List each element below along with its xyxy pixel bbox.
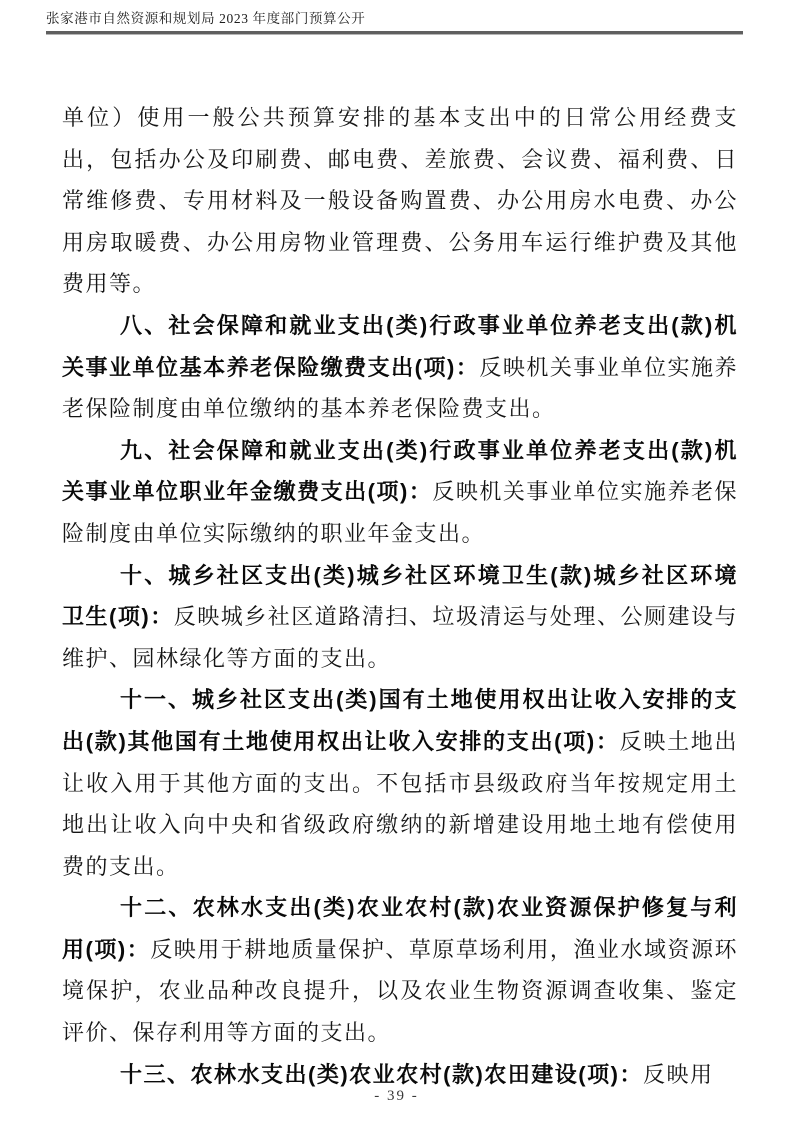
- header-rule: [46, 31, 743, 35]
- paragraph-text: 单位）使用一般公共预算安排的基本支出中的日常公用经费支出，包括办公及印刷费、邮电…: [62, 105, 738, 296]
- paragraph-heading: 十三、农林水支出(类)农业农村(款)农田建设(项)：: [120, 1062, 643, 1087]
- paragraph: 十一、城乡社区支出(类)国有土地使用权出让收入安排的支出(款)其他国有土地使用权…: [62, 679, 738, 887]
- page-header: 张家港市自然资源和规划局 2023 年度部门预算公开: [46, 11, 743, 35]
- paragraph: 八、社会保障和就业支出(类)行政事业单位养老支出(款)机关事业单位基本养老保险缴…: [62, 305, 738, 430]
- paragraph: 十、城乡社区支出(类)城乡社区环境卫生(款)城乡社区环境卫生(项)：反映城乡社区…: [62, 555, 738, 680]
- paragraph: 九、社会保障和就业支出(类)行政事业单位养老支出(款)机关事业单位职业年金缴费支…: [62, 430, 738, 555]
- paragraph: 单位）使用一般公共预算安排的基本支出中的日常公用经费支出，包括办公及印刷费、邮电…: [62, 97, 738, 305]
- page-footer: - 39 -: [0, 1087, 793, 1105]
- document-body: 单位）使用一般公共预算安排的基本支出中的日常公用经费支出，包括办公及印刷费、邮电…: [62, 97, 738, 1095]
- paragraph-text: 反映用: [643, 1062, 714, 1087]
- paragraph: 十二、农林水支出(类)农业农村(款)农业资源保护修复与利用(项)：反映用于耕地质…: [62, 887, 738, 1053]
- page-number: - 39 -: [374, 1088, 419, 1104]
- header-title: 张家港市自然资源和规划局 2023 年度部门预算公开: [46, 11, 743, 27]
- paragraph-text: 反映用于耕地质量保护、草原草场利用，渔业水域资源环境保护，农业品种改良提升，以及…: [62, 937, 738, 1045]
